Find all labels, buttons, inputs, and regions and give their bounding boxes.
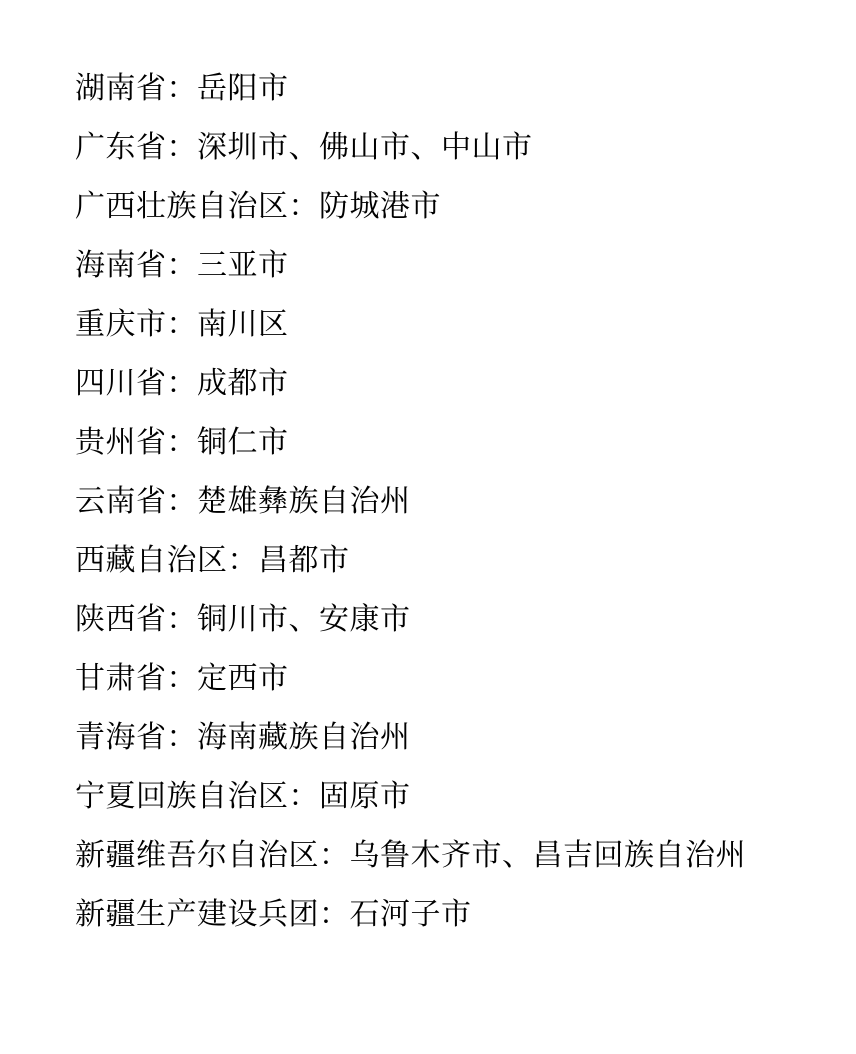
cities-text: 铜仁市: [197, 426, 289, 459]
province-label: 新疆生产建设兵团：: [75, 898, 350, 931]
cities-text: 铜川市、安康市: [197, 603, 411, 636]
list-item: 广西壮族自治区：防城港市: [75, 177, 816, 236]
cities-text: 固原市: [319, 780, 411, 813]
cities-text: 昌都市: [258, 544, 350, 577]
list-item: 宁夏回族自治区：固原市: [75, 767, 816, 826]
list-item: 陕西省：铜川市、安康市: [75, 590, 816, 649]
province-label: 重庆市：: [75, 308, 197, 341]
list-item: 云南省：楚雄彝族自治州: [75, 472, 816, 531]
province-label: 海南省：: [75, 249, 197, 282]
province-label: 新疆维吾尔自治区：: [75, 839, 350, 872]
province-label: 广东省：: [75, 131, 197, 164]
list-item: 甘肃省：定西市: [75, 649, 816, 708]
list-item: 新疆维吾尔自治区：乌鲁木齐市、昌吉回族自治州: [75, 826, 816, 885]
province-label: 广西壮族自治区：: [75, 190, 319, 223]
province-label: 云南省：: [75, 485, 197, 518]
cities-text: 海南藏族自治州: [197, 721, 411, 754]
list-item: 重庆市：南川区: [75, 295, 816, 354]
list-item: 湖南省：岳阳市: [75, 59, 816, 118]
list-item: 贵州省：铜仁市: [75, 413, 816, 472]
province-label: 陕西省：: [75, 603, 197, 636]
province-label: 湖南省：: [75, 72, 197, 105]
province-label: 西藏自治区：: [75, 544, 258, 577]
cities-text: 楚雄彝族自治州: [197, 485, 411, 518]
list-item: 西藏自治区：昌都市: [75, 531, 816, 590]
list-item: 新疆生产建设兵团：石河子市: [75, 885, 816, 944]
cities-text: 南川区: [197, 308, 289, 341]
cities-text: 防城港市: [319, 190, 441, 223]
cities-text: 岳阳市: [197, 72, 289, 105]
province-label: 四川省：: [75, 367, 197, 400]
province-label: 青海省：: [75, 721, 197, 754]
cities-text: 石河子市: [350, 898, 472, 931]
list-item: 广东省：深圳市、佛山市、中山市: [75, 118, 816, 177]
list-item: 四川省：成都市: [75, 354, 816, 413]
province-label: 甘肃省：: [75, 662, 197, 695]
list-item: 青海省：海南藏族自治州: [75, 708, 816, 767]
province-city-list: 湖南省：岳阳市广东省：深圳市、佛山市、中山市广西壮族自治区：防城港市海南省：三亚…: [0, 0, 856, 944]
cities-text: 乌鲁木齐市、昌吉回族自治州: [350, 839, 747, 872]
province-label: 宁夏回族自治区：: [75, 780, 319, 813]
cities-text: 深圳市、佛山市、中山市: [197, 131, 533, 164]
cities-text: 成都市: [197, 367, 289, 400]
cities-text: 三亚市: [197, 249, 289, 282]
cities-text: 定西市: [197, 662, 289, 695]
list-item: 海南省：三亚市: [75, 236, 816, 295]
province-label: 贵州省：: [75, 426, 197, 459]
